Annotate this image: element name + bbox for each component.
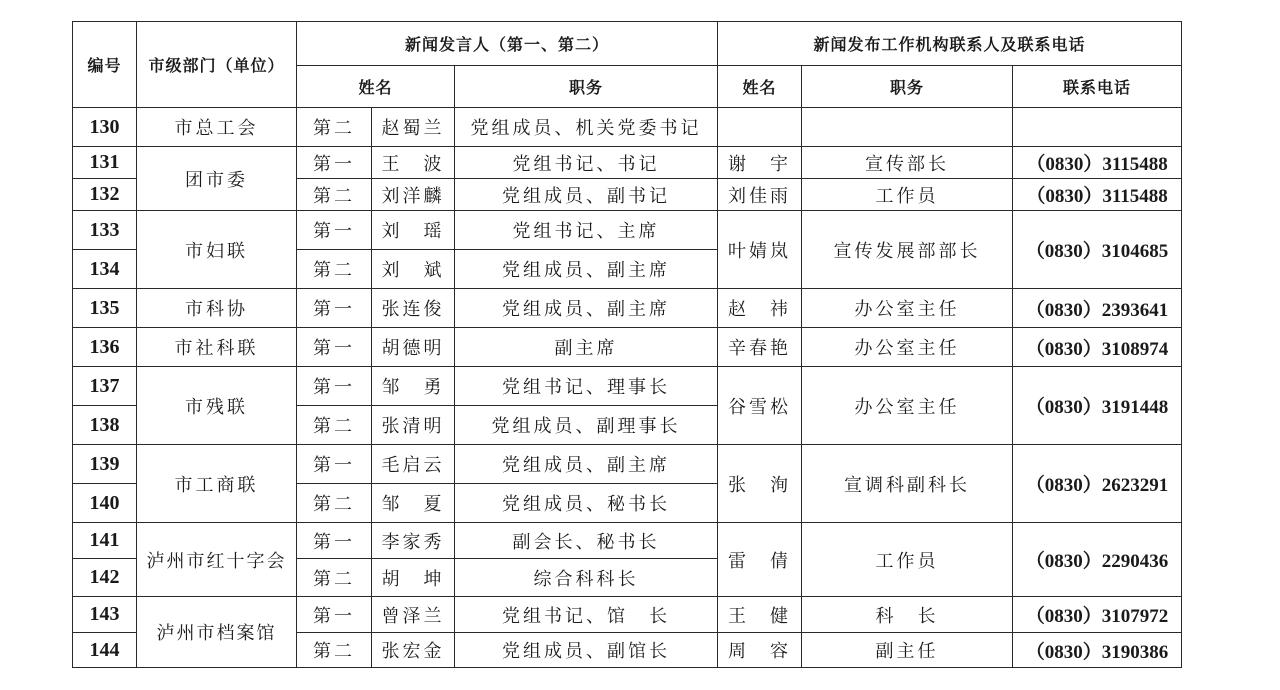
header-spokesperson-title: 职务 (455, 66, 718, 108)
contact-name: 叶婧岚 (718, 211, 802, 289)
spokesperson-title: 综合科科长 (455, 559, 718, 597)
contact-phone: （0830）3191448 (1013, 367, 1182, 445)
spokesperson-name: 曾泽兰 (372, 597, 455, 633)
row-number: 131 (73, 147, 137, 179)
row-number: 134 (73, 250, 137, 289)
header-contact-phone: 联系电话 (1013, 66, 1182, 108)
spokesperson-title: 副主席 (455, 328, 718, 367)
contact-title: 办公室主任 (802, 289, 1013, 328)
rank-cell: 第一 (297, 328, 372, 367)
rank-cell: 第一 (297, 597, 372, 633)
contact-phone: （0830）2623291 (1013, 445, 1182, 523)
spokesperson-title: 党组成员、机关党委书记 (455, 108, 718, 147)
table-row: 133 市妇联 第一 刘 瑶 党组书记、主席 叶婧岚 宣传发展部部长 （0830… (73, 211, 1182, 250)
rank-cell: 第二 (297, 633, 372, 668)
contact-phone: （0830）2290436 (1013, 523, 1182, 597)
spokesperson-title: 党组书记、书记 (455, 147, 718, 179)
contact-name: 刘佳雨 (718, 179, 802, 211)
spokesperson-title: 党组成员、副主席 (455, 289, 718, 328)
header-number: 编号 (73, 22, 137, 108)
contact-name: 谷雪松 (718, 367, 802, 445)
table-row: 130 市总工会 第二 赵蜀兰 党组成员、机关党委书记 (73, 108, 1182, 147)
rank-cell: 第二 (297, 559, 372, 597)
header-department: 市级部门（单位） (137, 22, 297, 108)
contact-name: 谢 宇 (718, 147, 802, 179)
spokesperson-title: 党组书记、馆 长 (455, 597, 718, 633)
header-spokesperson-name: 姓名 (297, 66, 455, 108)
spokesperson-title: 党组成员、副主席 (455, 445, 718, 484)
spokesperson-title: 党组书记、理事长 (455, 367, 718, 406)
spokesperson-title: 党组成员、秘书长 (455, 484, 718, 523)
department-cell: 市残联 (137, 367, 297, 445)
row-number: 143 (73, 597, 137, 633)
spokesperson-title: 党组成员、副主席 (455, 250, 718, 289)
contact-phone: （0830）3107972 (1013, 597, 1182, 633)
rank-cell: 第一 (297, 211, 372, 250)
contact-phone: （0830）3115488 (1013, 147, 1182, 179)
department-cell: 市科协 (137, 289, 297, 328)
rank-cell: 第一 (297, 445, 372, 484)
spokesperson-name: 张连俊 (372, 289, 455, 328)
department-cell: 泸州市档案馆 (137, 597, 297, 668)
table-row: 139 市工商联 第一 毛启云 党组成员、副主席 张 洵 宣调科副科长 （083… (73, 445, 1182, 484)
rank-cell: 第一 (297, 289, 372, 328)
contact-phone: （0830）3108974 (1013, 328, 1182, 367)
table-row: 135 市科协 第一 张连俊 党组成员、副主席 赵 祎 办公室主任 （0830）… (73, 289, 1182, 328)
table-row: 143 泸州市档案馆 第一 曾泽兰 党组书记、馆 长 王 健 科 长 （0830… (73, 597, 1182, 633)
spokesperson-name: 邹 勇 (372, 367, 455, 406)
row-number: 130 (73, 108, 137, 147)
table-row: 131 团市委 第一 王 波 党组书记、书记 谢 宇 宣传部长 （0830）31… (73, 147, 1182, 179)
spokesperson-title: 党组书记、主席 (455, 211, 718, 250)
header-contact-name: 姓名 (718, 66, 802, 108)
spokesperson-name: 赵蜀兰 (372, 108, 455, 147)
contact-title: 科 长 (802, 597, 1013, 633)
row-number: 140 (73, 484, 137, 523)
header-contact-title: 职务 (802, 66, 1013, 108)
contact-title: 宣传部长 (802, 147, 1013, 179)
header-contact-group: 新闻发布工作机构联系人及联系电话 (718, 22, 1182, 66)
contact-name: 王 健 (718, 597, 802, 633)
rank-cell: 第二 (297, 406, 372, 445)
spokesperson-name: 毛启云 (372, 445, 455, 484)
contact-title: 宣调科副科长 (802, 445, 1013, 523)
contact-name: 周 容 (718, 633, 802, 668)
contact-title: 工作员 (802, 523, 1013, 597)
rank-cell: 第一 (297, 147, 372, 179)
table-row: 141 泸州市红十字会 第一 李家秀 副会长、秘书长 雷 倩 工作员 （0830… (73, 523, 1182, 559)
row-number: 138 (73, 406, 137, 445)
contact-phone: （0830）3115488 (1013, 179, 1182, 211)
contact-name (718, 108, 802, 147)
spokesperson-name: 王 波 (372, 147, 455, 179)
department-cell: 市妇联 (137, 211, 297, 289)
row-number: 135 (73, 289, 137, 328)
department-cell: 团市委 (137, 147, 297, 211)
row-number: 136 (73, 328, 137, 367)
row-number: 139 (73, 445, 137, 484)
contact-name: 赵 祎 (718, 289, 802, 328)
table-row: 136 市社科联 第一 胡德明 副主席 辛春艳 办公室主任 （0830）3108… (73, 328, 1182, 367)
department-cell: 市总工会 (137, 108, 297, 147)
header-spokesperson-group: 新闻发言人（第一、第二） (297, 22, 718, 66)
spokesperson-name: 邹 夏 (372, 484, 455, 523)
row-number: 137 (73, 367, 137, 406)
contact-title: 办公室主任 (802, 367, 1013, 445)
spokesperson-name: 刘 瑶 (372, 211, 455, 250)
row-number: 133 (73, 211, 137, 250)
contact-name: 张 洵 (718, 445, 802, 523)
spokesperson-name: 胡 坤 (372, 559, 455, 597)
spokesperson-name: 张宏金 (372, 633, 455, 668)
contact-title: 副主任 (802, 633, 1013, 668)
contact-phone: （0830）2393641 (1013, 289, 1182, 328)
department-cell: 市社科联 (137, 328, 297, 367)
header-row-top: 编号 市级部门（单位） 新闻发言人（第一、第二） 新闻发布工作机构联系人及联系电… (73, 22, 1182, 66)
spokesperson-name: 刘 斌 (372, 250, 455, 289)
row-number: 142 (73, 559, 137, 597)
spokesperson-name: 刘洋麟 (372, 179, 455, 211)
department-cell: 市工商联 (137, 445, 297, 523)
row-number: 144 (73, 633, 137, 668)
rank-cell: 第二 (297, 179, 372, 211)
spokesperson-contact-table: 编号 市级部门（单位） 新闻发言人（第一、第二） 新闻发布工作机构联系人及联系电… (72, 21, 1182, 668)
contact-title: 工作员 (802, 179, 1013, 211)
row-number: 141 (73, 523, 137, 559)
contact-name: 辛春艳 (718, 328, 802, 367)
rank-cell: 第二 (297, 250, 372, 289)
spokesperson-title: 党组成员、副馆长 (455, 633, 718, 668)
contact-phone: （0830）3104685 (1013, 211, 1182, 289)
spokesperson-title: 党组成员、副书记 (455, 179, 718, 211)
spokesperson-title: 副会长、秘书长 (455, 523, 718, 559)
rank-cell: 第一 (297, 367, 372, 406)
rank-cell: 第二 (297, 108, 372, 147)
contact-title: 宣传发展部部长 (802, 211, 1013, 289)
spokesperson-name: 张清明 (372, 406, 455, 445)
contact-phone (1013, 108, 1182, 147)
department-cell: 泸州市红十字会 (137, 523, 297, 597)
spokesperson-title: 党组成员、副理事长 (455, 406, 718, 445)
row-number: 132 (73, 179, 137, 211)
spokesperson-name: 胡德明 (372, 328, 455, 367)
contact-name: 雷 倩 (718, 523, 802, 597)
rank-cell: 第一 (297, 523, 372, 559)
contact-title: 办公室主任 (802, 328, 1013, 367)
contact-title (802, 108, 1013, 147)
table-row: 137 市残联 第一 邹 勇 党组书记、理事长 谷雪松 办公室主任 （0830）… (73, 367, 1182, 406)
spokesperson-name: 李家秀 (372, 523, 455, 559)
rank-cell: 第二 (297, 484, 372, 523)
contact-phone: （0830）3190386 (1013, 633, 1182, 668)
